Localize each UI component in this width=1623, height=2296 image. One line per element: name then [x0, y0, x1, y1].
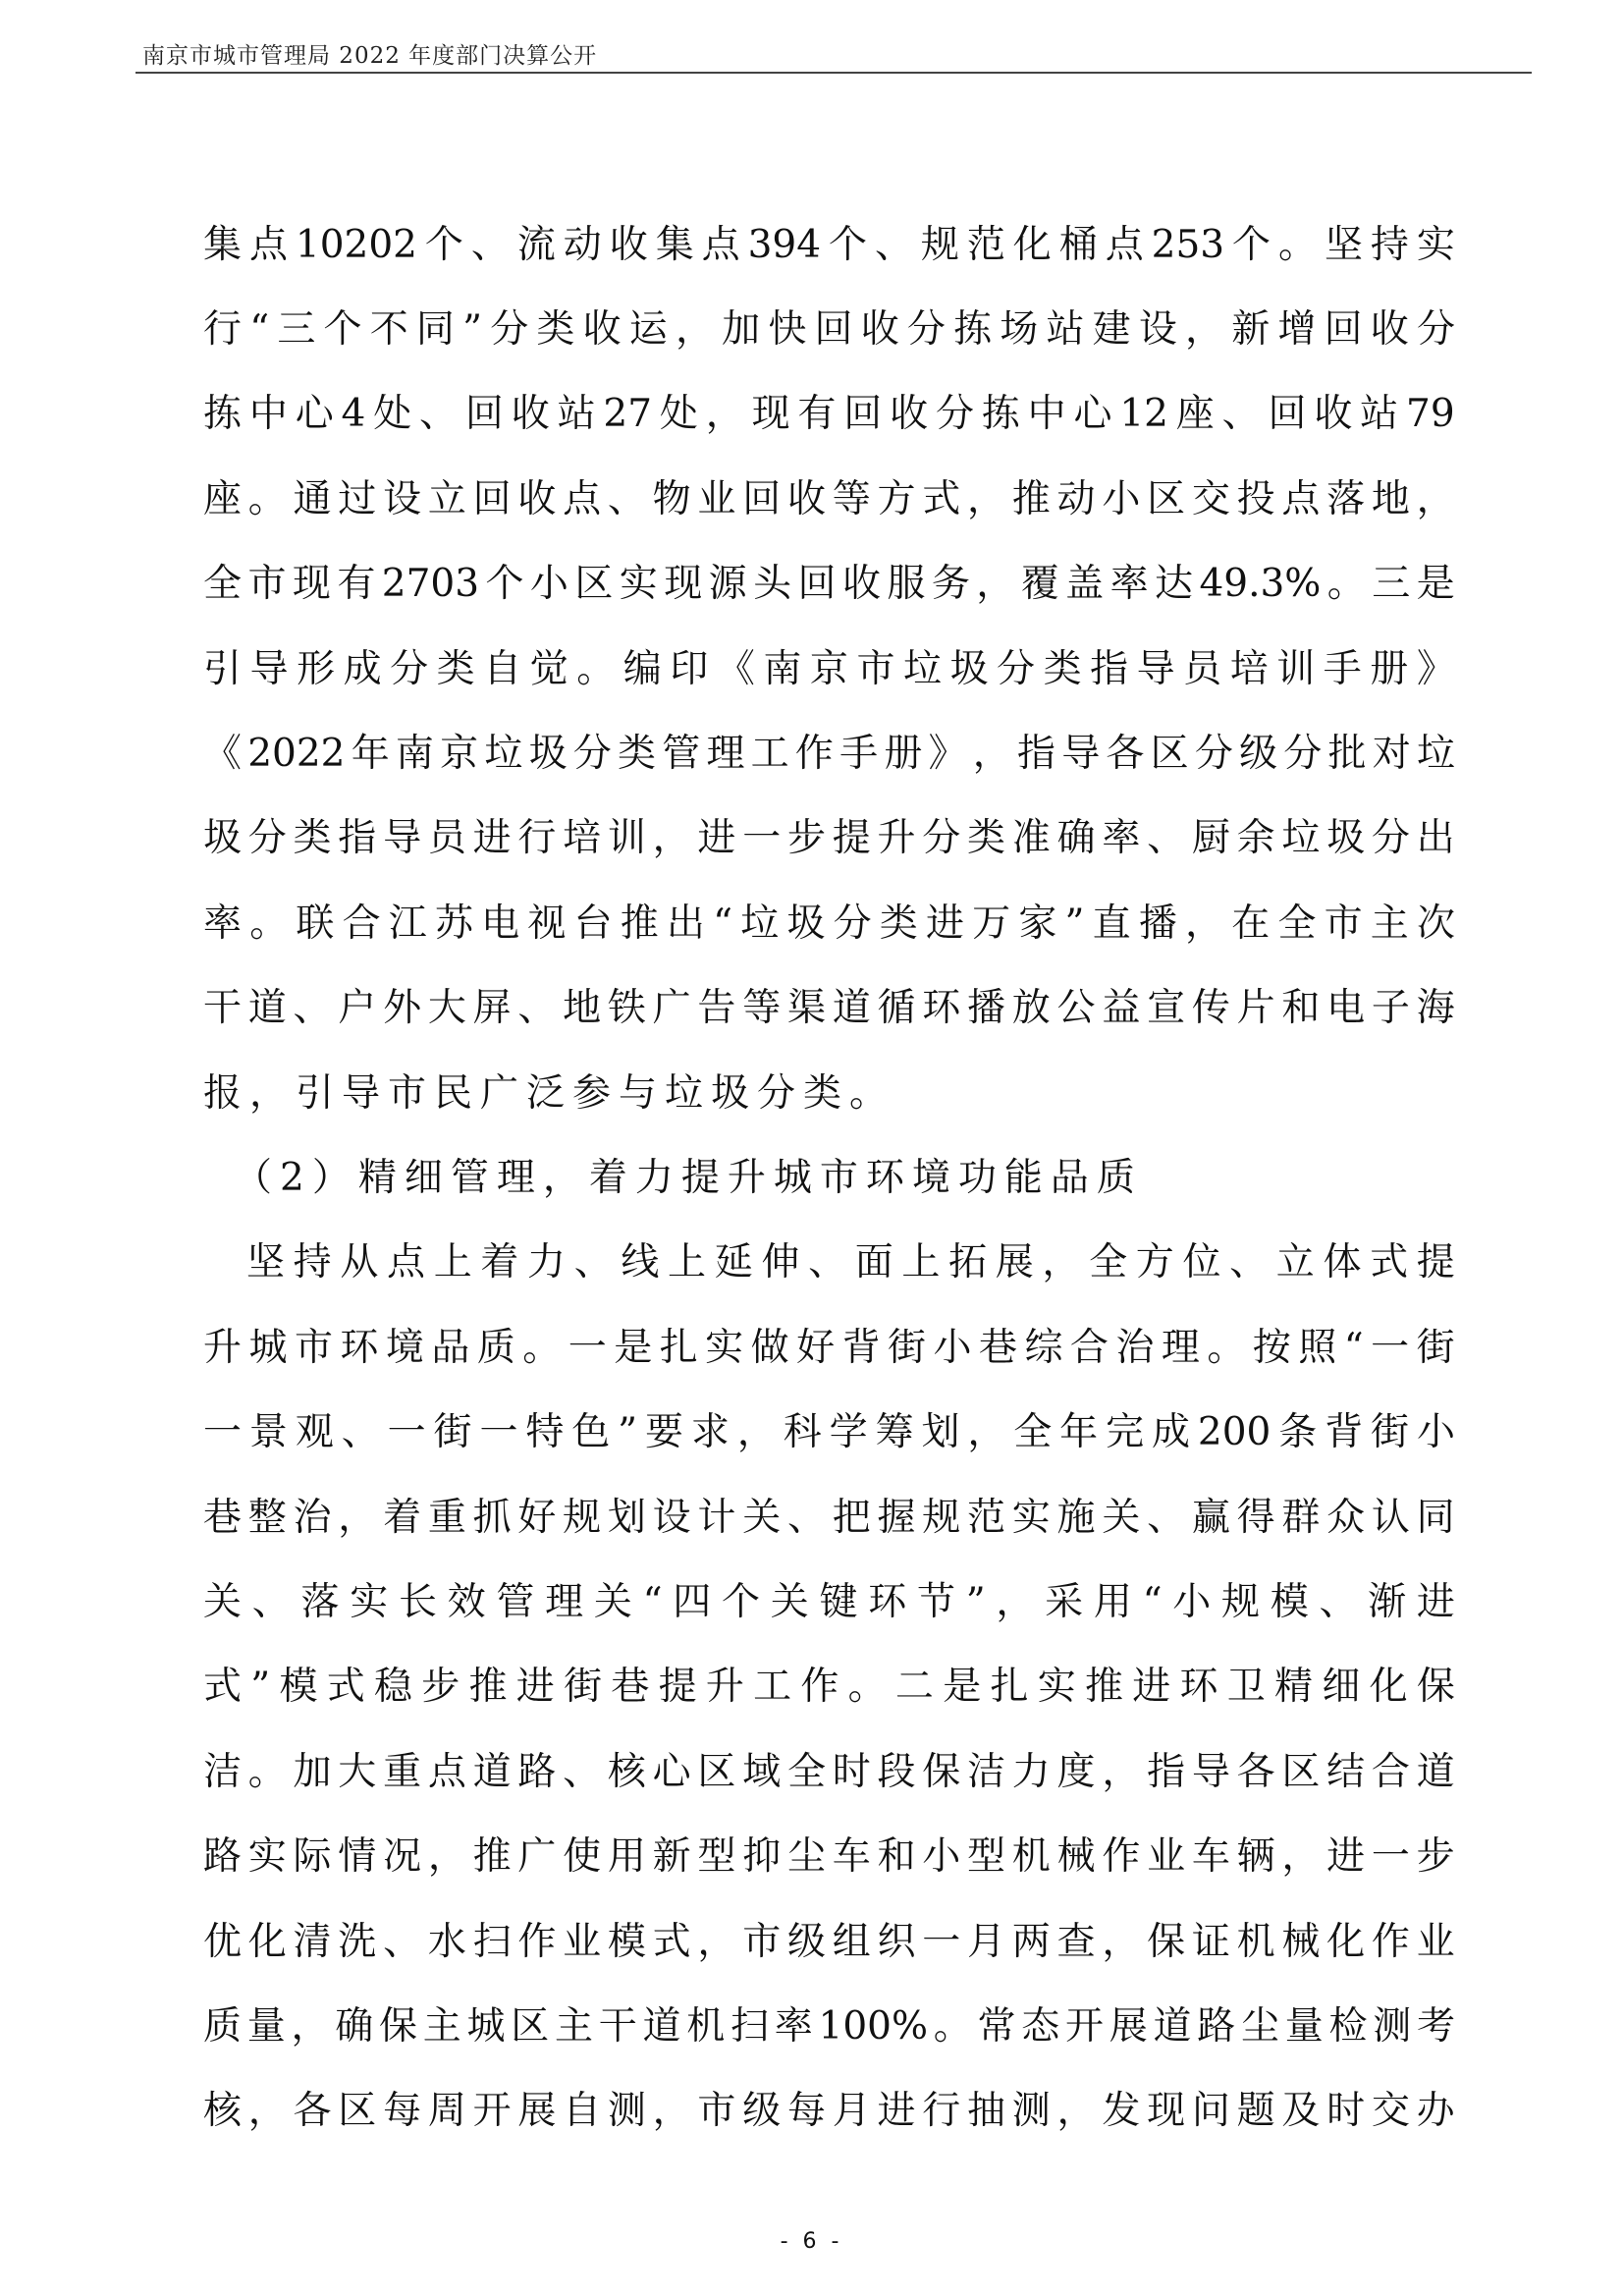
- body-line: 圾分类指导员进行培训，进一步提升分类准确率、厨余垃圾分出: [203, 814, 1455, 863]
- header-divider: [135, 72, 1532, 74]
- body-line: 质量，确保主城区主干道机扫率100%。常态开展道路尘量检测考: [203, 2002, 1455, 2051]
- body-line: 核，各区每周开展自测，市级每月进行抽测，发现问题及时交办: [203, 2087, 1455, 2136]
- body-line: 拣中心4处、回收站27处，现有回收分拣中心12座、回收站79: [203, 390, 1455, 439]
- body-line: 《2022年南京垃圾分类管理工作手册》，指导各区分级分批对垃: [203, 730, 1455, 779]
- body-line: 座。通过设立回收点、物业回收等方式，推动小区交投点落地，: [203, 475, 1455, 524]
- body-line-paragraph-end: 报，引导市民广泛参与垃圾分类。: [203, 1069, 1455, 1119]
- body-line: 式”模式稳步推进街巷提升工作。二是扎实推进环卫精细化保: [203, 1663, 1455, 1712]
- body-line: 引导形成分类自觉。编印《南京市垃圾分类指导员培训手册》: [203, 645, 1455, 694]
- body-line: 行“三个不同”分类收运，加快回收分拣场站建设，新增回收分: [203, 305, 1455, 355]
- body-line: 洁。加大重点道路、核心区域全时段保洁力度，指导各区结合道: [203, 1748, 1455, 1797]
- body-line: 路实际情况，推广使用新型抑尘车和小型机械作业车辆，进一步: [203, 1832, 1455, 1882]
- body-line: 全市现有2703个小区实现源头回收服务，覆盖率达49.3%。三是: [203, 560, 1455, 609]
- section-heading: （2）精细管理，着力提升城市环境功能品质: [234, 1154, 1143, 1203]
- page-number: - 6 -: [0, 2227, 1623, 2257]
- body-line: 优化清洗、水扫作业模式，市级组织一月两查，保证机械化作业: [203, 1918, 1455, 1967]
- body-line: 一景观、一街一特色”要求，科学筹划，全年完成200条背街小: [203, 1408, 1455, 1457]
- running-header-title: 南京市城市管理局 2022 年度部门决算公开: [142, 43, 597, 69]
- body-line: 率。联合江苏电视台推出“垃圾分类进万家”直播，在全市主次: [203, 900, 1455, 949]
- body-line: 关、落实长效管理关“四个关键环节”，采用“小规模、渐进: [203, 1578, 1455, 1627]
- body-line-paragraph-start: 坚持从点上着力、线上延伸、面上拓展，全方位、立体式提: [246, 1238, 1455, 1287]
- body-line: 集点10202个、流动收集点394个、规范化桶点253个。坚持实: [203, 221, 1455, 270]
- body-line: 干道、户外大屏、地铁广告等渠道循环播放公益宣传片和电子海: [203, 984, 1455, 1033]
- body-line: 升城市环境品质。一是扎实做好背街小巷综合治理。按照“一街: [203, 1324, 1455, 1373]
- body-line: 巷整治，着重抓好规划设计关、把握规范实施关、赢得群众认同: [203, 1494, 1455, 1543]
